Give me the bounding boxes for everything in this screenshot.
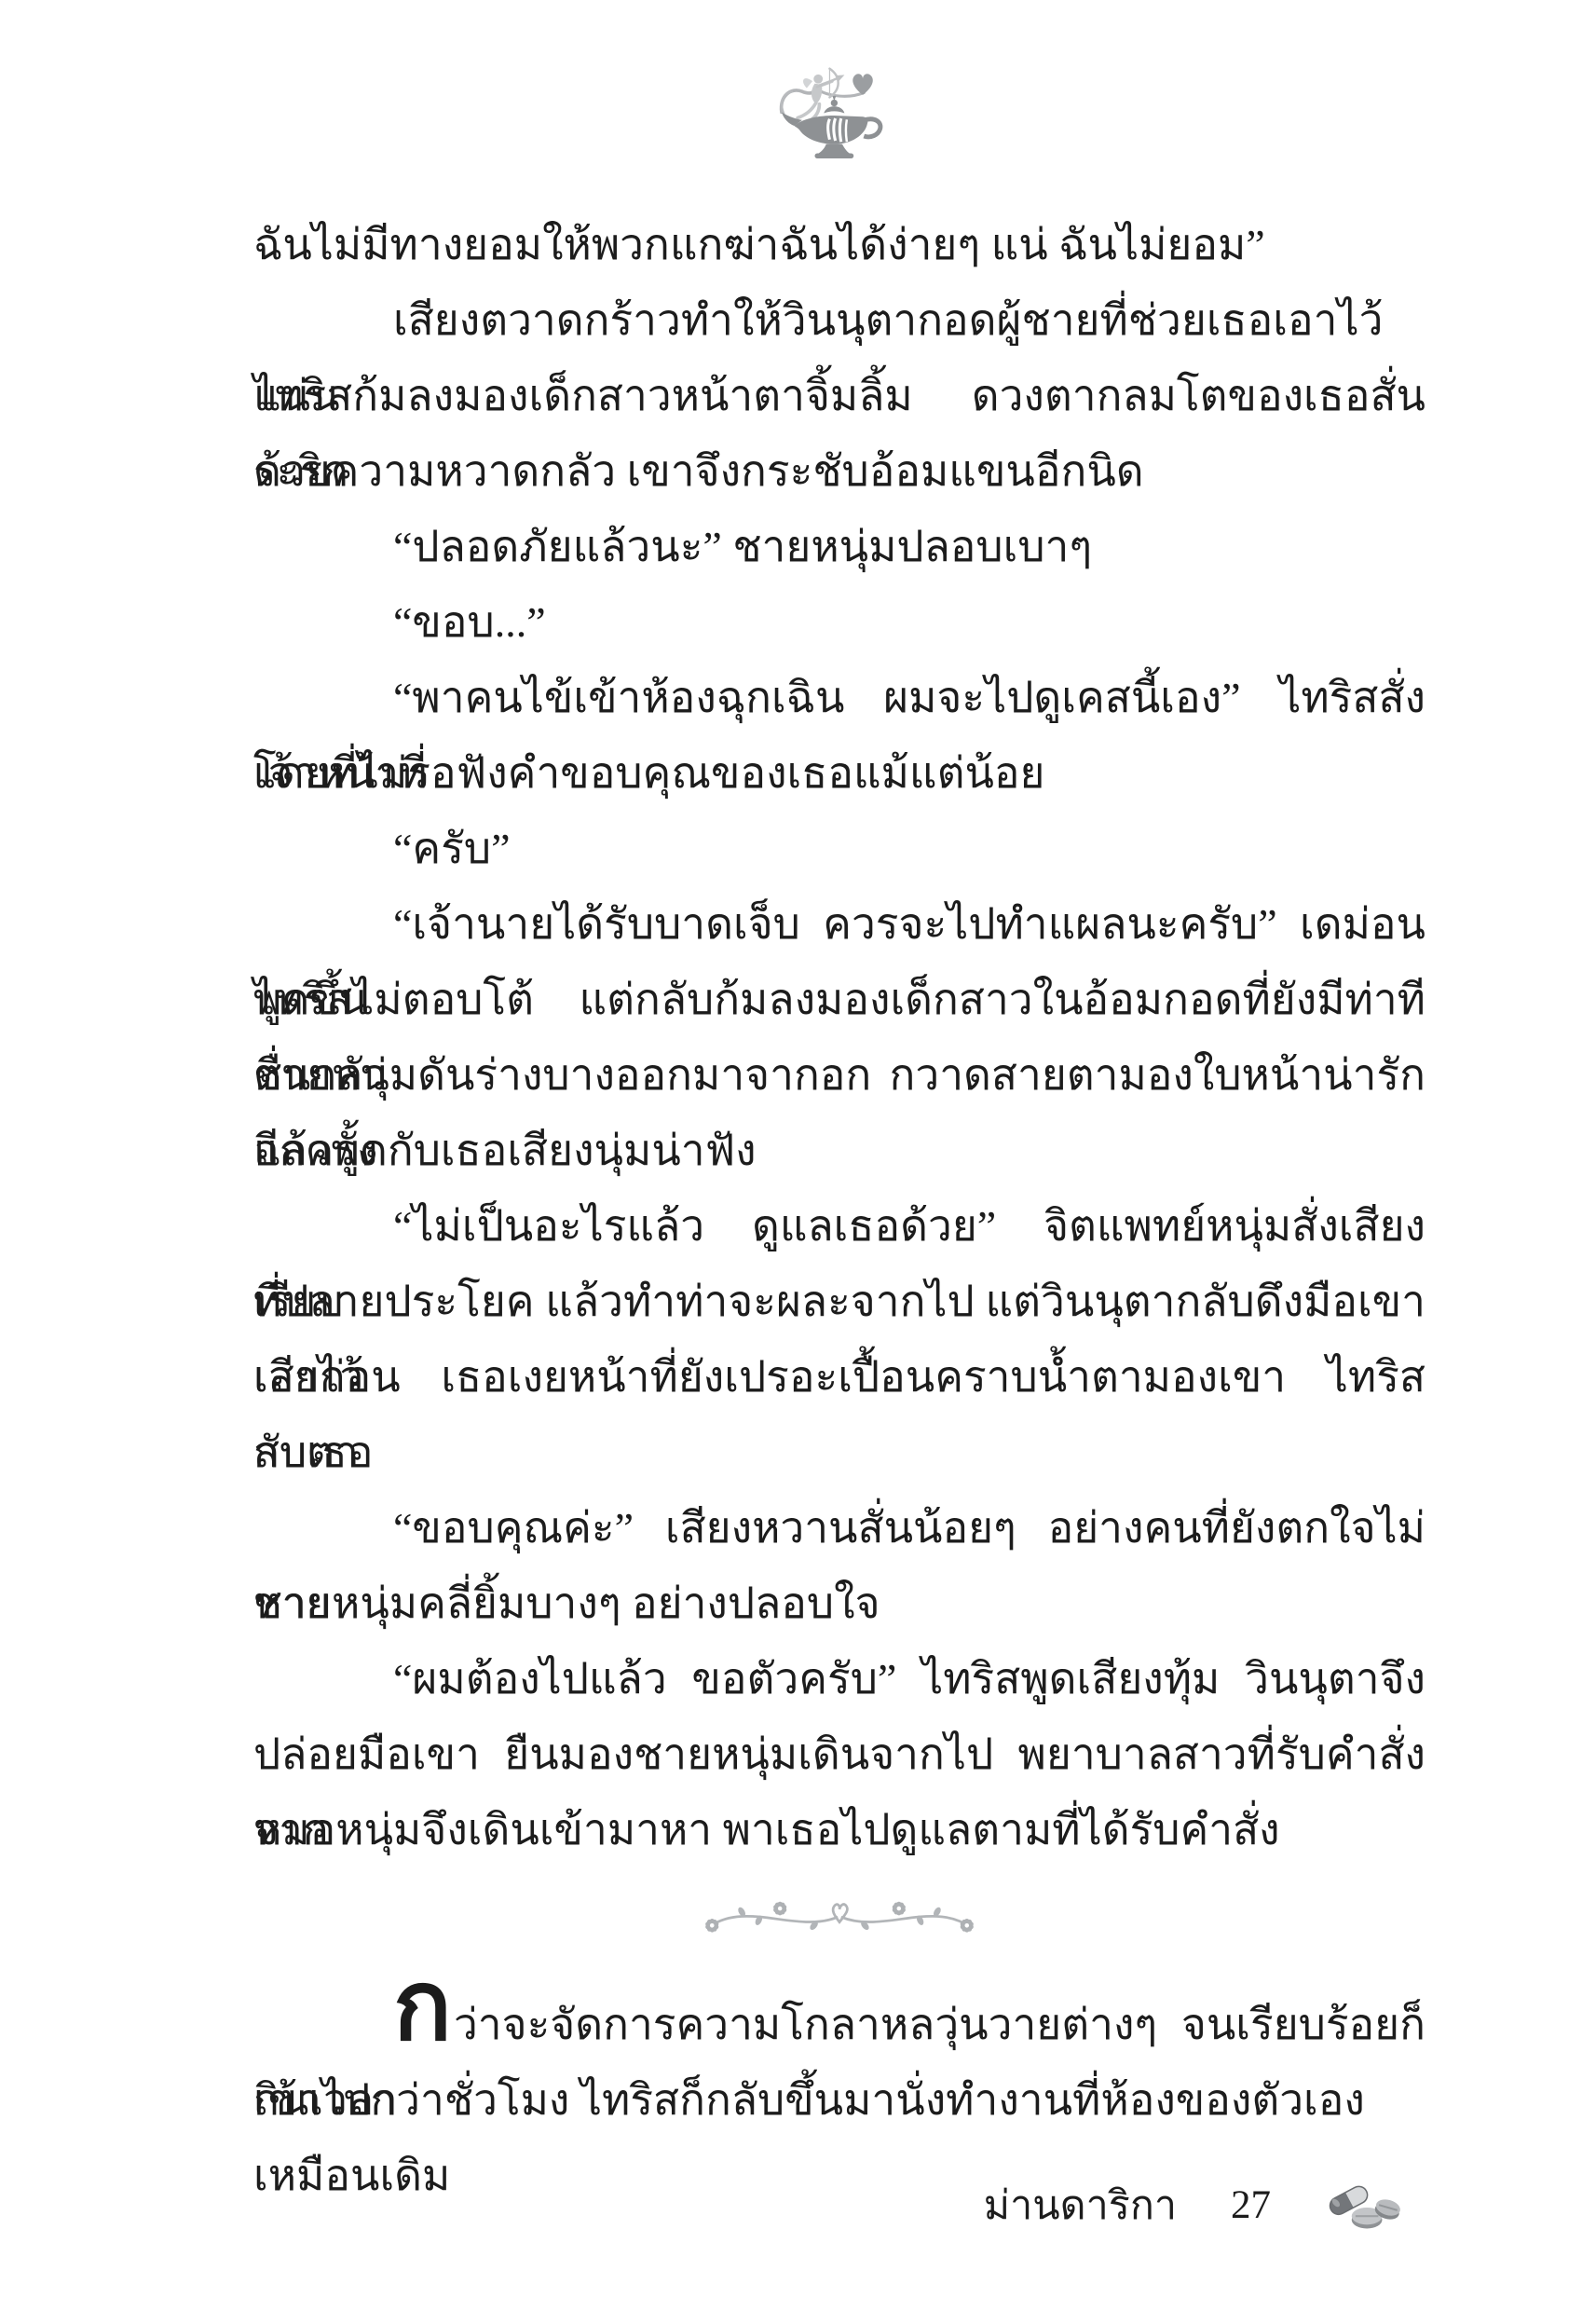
text-line: เข้าไปกว่าชั่วโมง ไทริสก็กลับขึ้นมานั่งท… [253,2062,1425,2138]
text-line: ปล่อยมือเขา ยืนมองชายหนุ่มเดินจากไป พยาบ… [253,1716,1425,1792]
text-line: เสียงตวาดกร้าวทำให้วินนุตากอดผู้ชายที่ช่… [253,282,1425,358]
text-line: “ปลอดภัยแล้วนะ” ชายหนุ่มปลอบเบาๆ [253,509,1425,584]
dropcap-line: กว่าจะจัดการความโกลาหลวุ่นวายต่างๆ จนเรี… [253,1987,1425,2062]
book-page: { "page": { "background": "#ffffff", "te… [0,0,1596,2311]
page-number: 27 [1231,2182,1271,2228]
text-line: “ไม่เป็นอะไรแล้ว ดูแลเธอด้วย” จิตแพทย์หน… [253,1188,1425,1264]
heart-shape [853,74,873,95]
text-line: “ครับ” [253,811,1425,886]
page-footer: ม่านดาริกา 27 [984,2173,1405,2236]
pills-icon [1319,2180,1405,2237]
text-line: “พาคนไข้เข้าห้องฉุกเฉิน ผมจะไปดูเคสนี้เอ… [253,660,1425,735]
page-content: ฉันไม่มีทางยอมให้พวกแกฆ่าฉันได้ง่ายๆ แน่… [253,0,1425,2138]
floral-vine-divider-icon [695,1892,984,1946]
text-line: ด้วยความหวาดกลัว เขาจึงกระชับอ้อมแขนอีกน… [253,433,1425,509]
text-line: โดยที่ไม่รอฟังคำขอบคุณของเธอแม้แต่น้อย [253,735,1425,811]
running-book-title: ม่านดาริกา [984,2173,1177,2236]
text-line: กับเธอ [253,1415,1425,1490]
genie-lamp-cupid-ornament-icon [777,54,903,177]
text-line: ฉันไม่มีทางยอมให้พวกแกฆ่าฉันได้ง่ายๆ แน่… [253,207,1425,282]
text-line: ที่ปลายประโยค แล้วทำท่าจะผละจากไป แต่วิน… [253,1264,1425,1339]
text-line: “ขอบคุณค่ะ” เสียงหวานสั่นน้อยๆ อย่างคนที… [253,1490,1425,1566]
text-line: ชายหนุ่มคลี่ยิ้มบางๆ อย่างปลอบใจ [253,1566,1425,1641]
text-line: ไทริสไม่ตอบโต้ แต่กลับก้มลงมองเด็กสาวในอ… [253,962,1425,1037]
text-line: หมอหนุ่มจึงเดินเข้ามาหา พาเธอไปดูแลตามที… [253,1792,1425,1867]
text-line: เสียก่อน เธอเงยหน้าที่ยังเปรอะเปื้อนคราบ… [253,1339,1425,1415]
section-after-divider: กว่าจะจัดการความโกลาหลวุ่นวายต่างๆ จนเรี… [253,1987,1425,2138]
lamp-body [781,96,880,158]
drop-cap: ก [393,1953,454,2060]
text-line: “ผมต้องไปแล้ว ขอตัวครับ” ไทริสพูดเสียงทุ… [253,1641,1425,1716]
text-line: ไทริสก้มลงมองเด็กสาวหน้าตาจิ้มลิ้ม ดวงตา… [253,358,1425,433]
text-line: “เจ้านายได้รับบาดเจ็บ ควรจะไปทำแผลนะครับ… [253,886,1425,962]
text-line: แล้วพูดกับเธอเสียงนุ่มน่าฟัง [253,1113,1425,1188]
text-line: ชายหนุ่มดันร่างบางออกมาจากอก กวาดสายตามอ… [253,1037,1425,1113]
text-line: “ขอบ...” [253,584,1425,660]
body-text: ฉันไม่มีทางยอมให้พวกแกฆ่าฉันได้ง่ายๆ แน่… [253,207,1425,1867]
